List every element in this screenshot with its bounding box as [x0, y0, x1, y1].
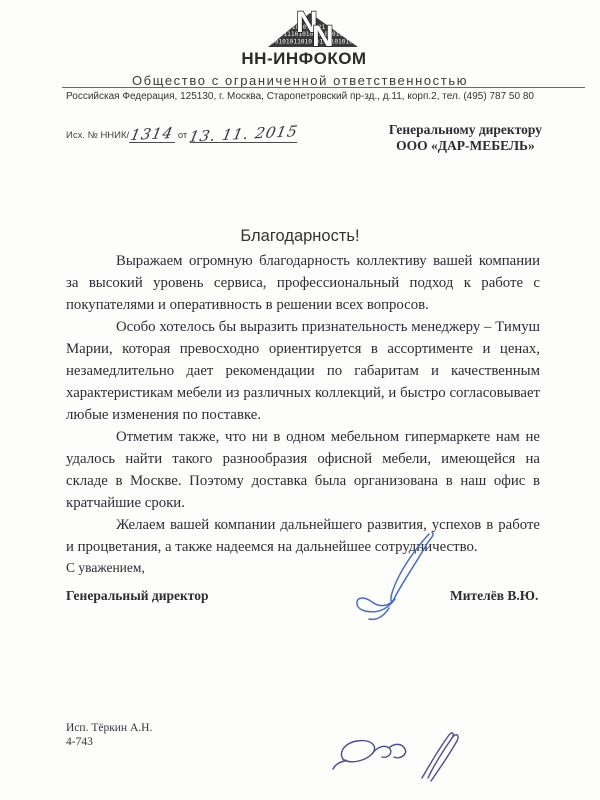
company-name: НН-ИНФОКОМ [4, 49, 600, 69]
letterhead-divider [62, 87, 585, 88]
ref-label: Исх. № ННИК/ [66, 130, 129, 141]
executor-name: Исп. Тёркин А.Н. [66, 721, 152, 735]
addressee-company: ООО «ДАР-МЕБЕЛЬ» [389, 138, 542, 154]
signer-position: Генеральный директор [66, 588, 208, 604]
closing-salutation: С уважением, [66, 560, 145, 576]
company-address: Российская Федерация, 125130, г. Москва,… [0, 91, 600, 102]
ref-number-field: 1314 [129, 124, 175, 143]
addressee-position: Генеральному директору [389, 122, 542, 138]
signer-name: Мителёв В.Ю. [450, 588, 538, 604]
addressee-block: Генеральному директору ООО «ДАР-МЕБЕЛЬ» [389, 122, 542, 154]
ref-ot-label: от [178, 130, 187, 141]
executor-phone: 4-743 [66, 735, 152, 749]
letter-title: Благодарность! [0, 227, 600, 246]
paragraph: Выражаем огромную благодарность коллекти… [66, 250, 540, 316]
ref-date-field: 13. 11. 2015 [190, 124, 297, 143]
outgoing-reference: Исх. № ННИК/1314 от 13. 11. 2015 [66, 124, 297, 143]
director-signature [348, 522, 448, 627]
company-logo: 0101010 01 101110101010 01010 5010101101… [266, 2, 366, 49]
paragraph: Желаем вашей компании дальнейшего развит… [66, 514, 540, 558]
handwritten-date: 13. 11. 2015 [187, 122, 299, 146]
logo-letter-n: N [312, 20, 334, 49]
letter-page: 0101010 01 101110101010 01010 5010101101… [0, 0, 600, 800]
letterhead: 0101010 01 101110101010 01010 5010101101… [0, 0, 600, 88]
paragraph: Особо хотелось бы выразить признательнос… [66, 316, 540, 426]
executor-signature [325, 727, 480, 792]
paragraph: Отметим также, что ни в одном мебельном … [66, 426, 540, 514]
handwritten-number: 1314 [129, 124, 175, 144]
executor-block: Исп. Тёркин А.Н. 4-743 [66, 721, 152, 749]
letter-body: Выражаем огромную благодарность коллекти… [66, 250, 540, 558]
company-form: Общество с ограниченной ответственностью [0, 73, 600, 88]
